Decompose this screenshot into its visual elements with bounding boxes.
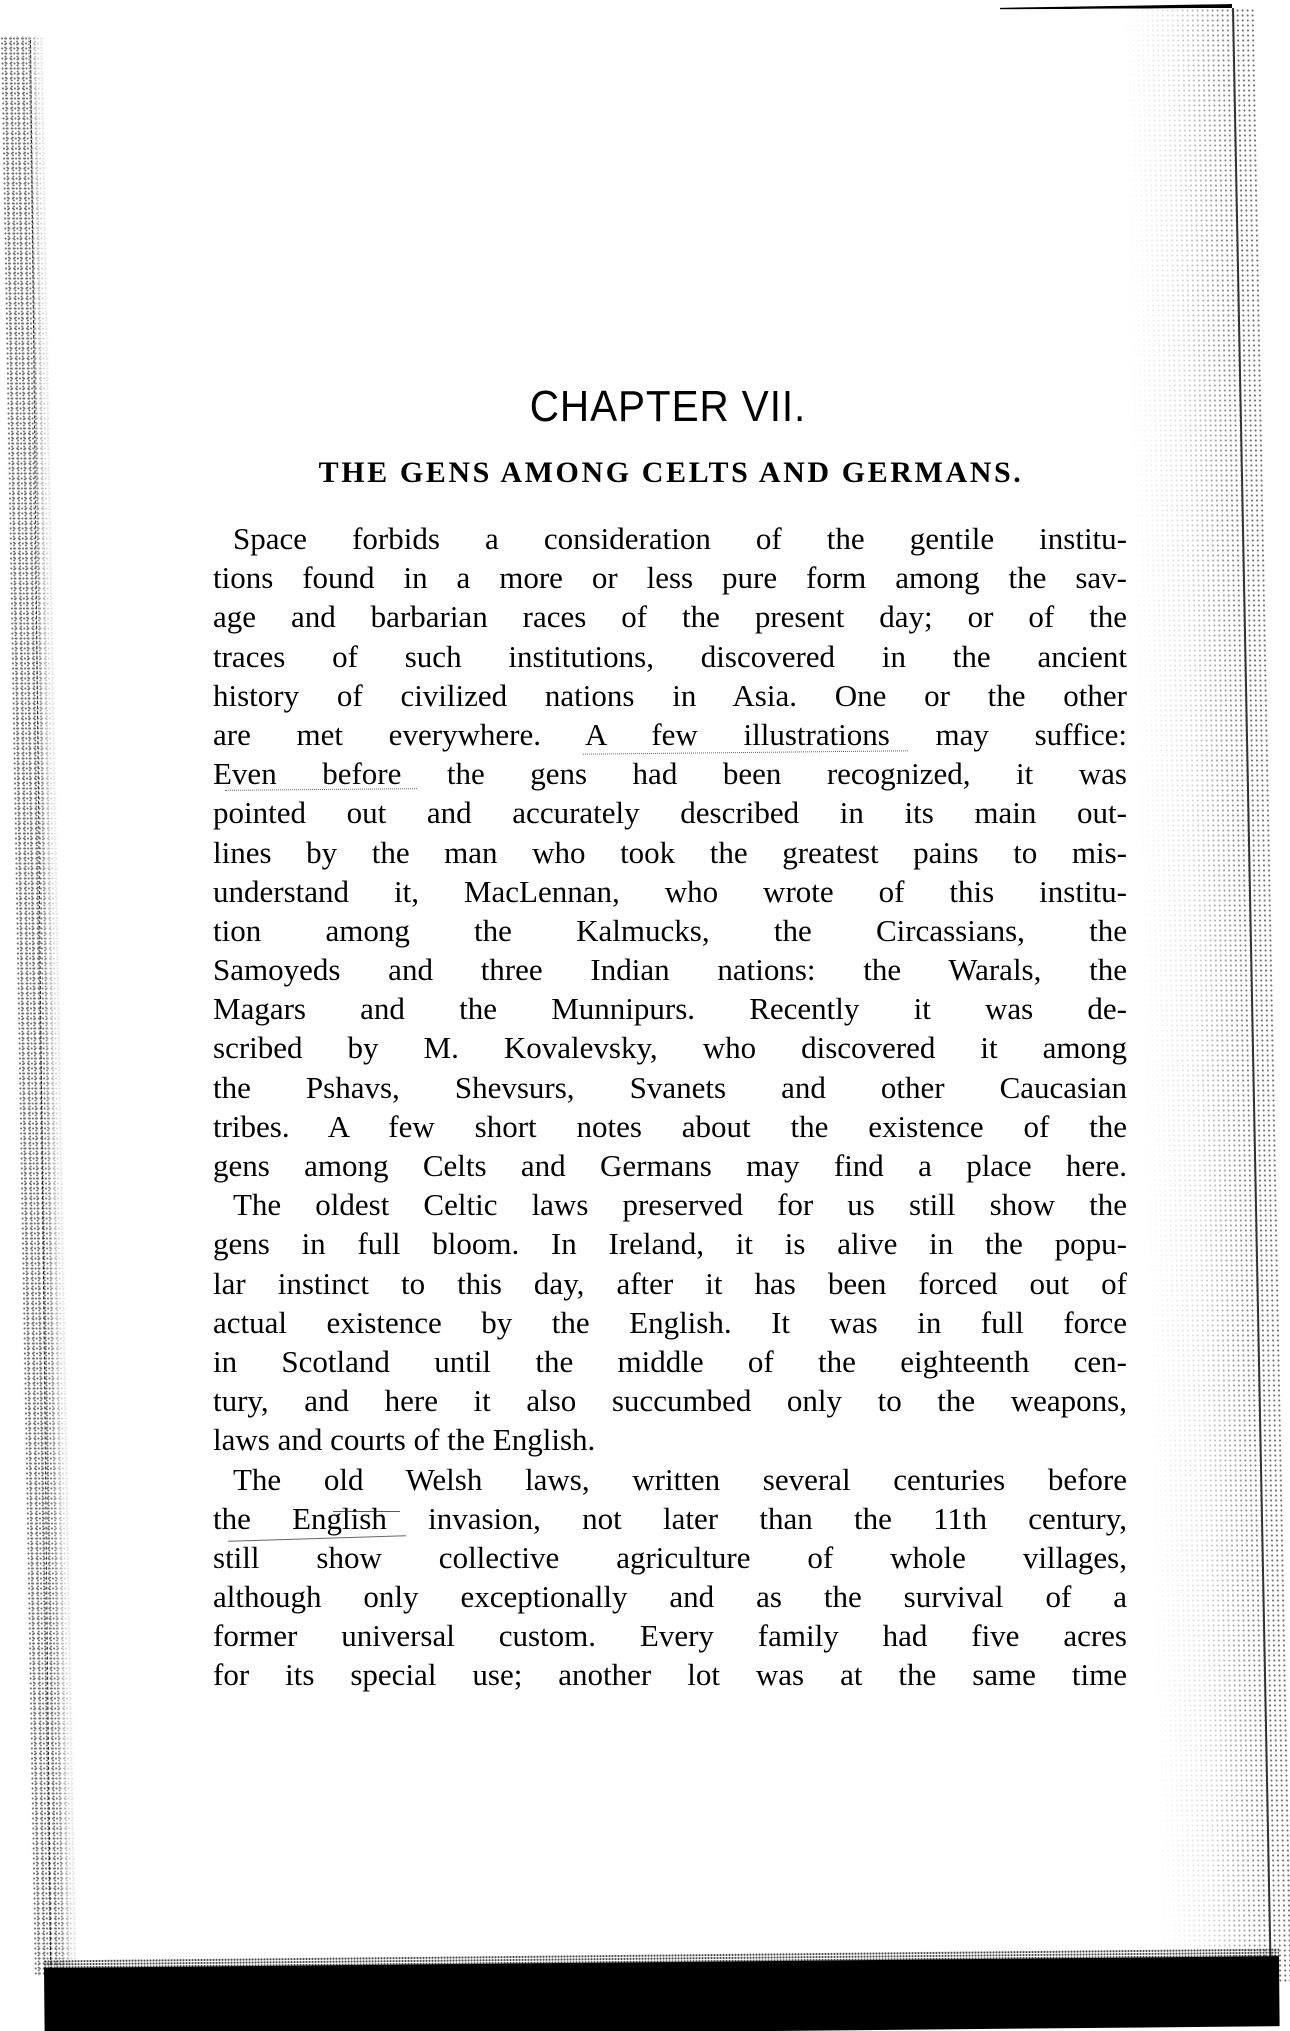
text-line: scribed by M. Kovalevsky, who discovered… <box>213 1028 1127 1067</box>
text-line: in Scotland until the middle of the eigh… <box>213 1342 1127 1381</box>
text-line: still show collective agriculture of who… <box>213 1538 1127 1577</box>
text-line: gens among Celts and Germans may find a … <box>213 1146 1127 1185</box>
text-line: actual existence by the English. It was … <box>213 1303 1127 1342</box>
text-line: gens in full bloom. In Ireland, it is al… <box>213 1224 1127 1263</box>
text-line: Samoyeds and three Indian nations: the W… <box>213 950 1127 989</box>
text-line: history of civilized nations in Asia. On… <box>213 676 1127 715</box>
text-line: The oldest Celtic laws preserved for us … <box>213 1185 1127 1224</box>
chapter-subtitle: THE GENS AMONG CELTS AND GERMANS. <box>258 455 1084 491</box>
text-line: for its special use; another lot was at … <box>213 1655 1127 1694</box>
text-line: lar instinct to this day, after it has b… <box>213 1264 1127 1303</box>
pencil-underline-mark <box>333 1508 400 1512</box>
text-line: the Pshavs, Shevsurs, Svanets and other … <box>213 1068 1127 1107</box>
text-line: tury, and here it also succumbed only to… <box>213 1381 1127 1420</box>
text-line: although only exceptionally and as the s… <box>213 1577 1127 1616</box>
text-line: traces of such institutions, discovered … <box>213 637 1127 676</box>
text-line: former universal custom. Every family ha… <box>213 1616 1127 1655</box>
text-line: the English invasion, not later than the… <box>213 1499 1127 1538</box>
chapter-title: CHAPTER VII. <box>52 382 1239 432</box>
text-line: Space forbids a consideration of the gen… <box>213 519 1127 558</box>
text-line: pointed out and accurately described in … <box>213 793 1127 832</box>
text-line: Magars and the Munnipurs. Recently it wa… <box>213 989 1127 1028</box>
chapter-body: Space forbids a consideration of the gen… <box>213 519 1127 1695</box>
text-line: laws and courts of the English. <box>213 1420 1127 1459</box>
text-line: lines by the man who took the greatest p… <box>213 833 1127 872</box>
text-line: tions found in a more or less pure form … <box>213 558 1127 597</box>
text-line: age and barbarian races of the present d… <box>213 597 1127 636</box>
text-line: understand it, MacLennan, who wrote of t… <box>213 872 1127 911</box>
text-line: The old Welsh laws, written several cent… <box>213 1460 1127 1499</box>
text-line: tion among the Kalmucks, the Circassians… <box>213 911 1127 950</box>
text-line: tribes. A few short notes about the exis… <box>213 1107 1127 1146</box>
text-line: are met everywhere. A few illustrations … <box>213 715 1127 754</box>
scan-bottom-edge <box>44 1956 1280 2031</box>
